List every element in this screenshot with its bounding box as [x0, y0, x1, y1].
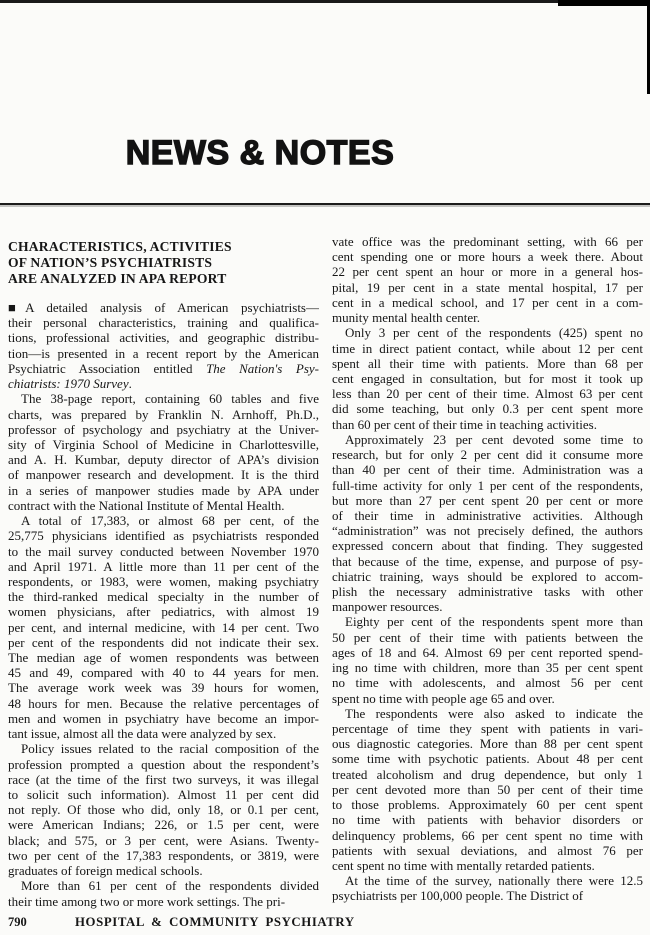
text-line: in a series of manpower studies made by … [8, 483, 319, 498]
text-line: profession prompted a question about the… [8, 757, 319, 772]
text-segment: two per cent of the 17,383 respondents, … [8, 848, 319, 863]
text-line: chiatric training, ways should be explor… [332, 569, 643, 584]
text-segment: the third-ranked medical specialty in th… [8, 589, 319, 604]
article-body-left: ■A detailed analysis of American psychia… [8, 300, 319, 909]
text-segment: respondents, or 1983, were women, making… [8, 574, 319, 589]
text-segment: plish the necessary administrative tasks… [332, 584, 643, 599]
text-segment: contract with the National Institute of … [8, 498, 285, 513]
paragraph: vate office was the predominant setting,… [332, 234, 643, 325]
text-line: percentage of time they spent with patie… [332, 721, 643, 736]
text-line: expressed concern about that finding. Th… [332, 538, 643, 553]
text-line: Only 3 per cent of the respondents (425)… [332, 325, 643, 340]
text-line: charts, was prepared by Franklin N. Arnh… [8, 407, 319, 422]
text-segment: psychiatrists per 100,000 people. The Di… [332, 888, 583, 903]
text-segment: chiatric training, ways should be explor… [332, 569, 643, 584]
text-line: spent all their time with patients. More… [332, 356, 643, 371]
text-line: not reply. Of those who did, only 18, or… [8, 802, 319, 817]
text-segment: were American Indians; 226, or 1.5 per c… [8, 817, 319, 832]
text-segment: Eighty per cent of the respondents spent… [345, 614, 643, 629]
text-segment: More than 61 per cent of the respondents… [21, 878, 319, 893]
text-segment: to those problems. Approximately 60 per … [332, 797, 643, 812]
masthead-rule [0, 203, 650, 205]
text-segment: Psychiatric Association entitled [8, 361, 206, 376]
text-segment: than 40 per cent of their time. Administ… [332, 462, 643, 477]
text-line: and April 1971. A little more than 11 pe… [8, 559, 319, 574]
text-segment: The average work week was 39 hours for w… [8, 680, 319, 695]
text-segment: treated alcoholism and drug dependence, … [332, 767, 643, 782]
text-line: no time with adolescents, and almost 56 … [332, 675, 643, 690]
text-line: their personal characteristics, training… [8, 315, 319, 330]
italic-text: chiatrists: 1970 Survey [8, 376, 129, 391]
section-title: NEWS & NOTES [0, 134, 520, 173]
text-segment: 25,775 physicians identified as psychiat… [8, 528, 319, 543]
paragraph: Eighty per cent of the respondents spent… [332, 614, 643, 705]
text-line: At the time of the survey, nationally th… [332, 873, 643, 888]
text-segment: research, but for only 2 per cent did it… [332, 447, 643, 462]
paragraph: More than 61 per cent of the respondents… [8, 878, 319, 908]
text-line: 45 and 49, compared with 40 to 44 years … [8, 665, 319, 680]
text-segment: race (at the time of the first two surve… [8, 772, 319, 787]
text-segment: Policy issues related to the racial comp… [21, 741, 319, 756]
text-segment: tions, professional activities, and geog… [8, 330, 319, 345]
paragraph: At the time of the survey, nationally th… [332, 873, 643, 903]
text-segment: percentage of time they spent with patie… [332, 721, 643, 736]
text-line: sity of Virginia School of Medicine in C… [8, 437, 319, 452]
journal-page: NEWS & NOTES CHARACTERISTICS, ACTIVITIES… [0, 0, 650, 935]
top-edge-rule [0, 0, 650, 3]
text-line: and A. H. Kumbar, deputy director of APA… [8, 452, 319, 467]
text-line: Approximately 23 per cent devoted some t… [332, 432, 643, 447]
text-line: spent no time with people age 65 and ove… [332, 691, 643, 706]
text-segment: The 38-page report, containing 60 tables… [21, 391, 319, 406]
text-segment: of manpower research and development. It… [8, 467, 319, 482]
text-line: per cent of the respondents did not indi… [8, 635, 319, 650]
text-line: tion—is presented in a recent report by … [8, 346, 319, 361]
top-edge-scan-mark [558, 0, 650, 6]
text-segment: men and women in psychiatry have become … [8, 711, 319, 726]
text-segment: time in direct patient contact, while ab… [332, 341, 643, 356]
text-segment: full-time activity for only 1 per cent o… [332, 478, 643, 493]
text-line: cent spending one or more hours a week t… [332, 249, 643, 264]
text-segment: expressed concern about that finding. Th… [332, 538, 643, 553]
text-line: munity mental health center. [332, 310, 643, 325]
text-segment: black; and 575, or 3 per cent, were Asia… [8, 833, 319, 848]
page-number: 790 [8, 915, 27, 930]
text-line: The median age of women respondents was … [8, 650, 319, 665]
heading-line: CHARACTERISTICS, ACTIVITIES [8, 239, 319, 255]
paragraph: ■A detailed analysis of American psychia… [8, 300, 319, 391]
text-line: “administration” was not precisely defin… [332, 523, 643, 538]
text-line: plish the necessary administrative tasks… [332, 584, 643, 599]
text-line: graduates of foreign medical schools. [8, 863, 319, 878]
text-line: vate office was the predominant setting,… [332, 234, 643, 249]
text-segment: spent no time with people age 65 and ove… [332, 691, 555, 706]
text-line: ing no time with children, more than 35 … [332, 660, 643, 675]
text-segment: to the mail survey conducted between Nov… [8, 544, 319, 559]
text-line: no time with patients with behavior diso… [332, 812, 643, 827]
text-line: than 60 per cent of their time in teachi… [332, 417, 643, 432]
text-segment: professor of psychology and psychiatry a… [8, 422, 319, 437]
text-segment: “administration” was not precisely defin… [332, 523, 643, 538]
text-segment: ages of 18 and 64. Almost 69 per cent re… [332, 645, 643, 660]
heading-line: ARE ANALYZED IN APA REPORT [8, 271, 319, 287]
text-line: cent spent no time with mentally retarde… [332, 858, 643, 873]
text-line: 48 hours for men. Because the relative p… [8, 696, 319, 711]
text-line: 50 per cent of their time with patients … [332, 630, 643, 645]
text-line: than 40 per cent of their time. Administ… [332, 462, 643, 477]
text-segment: 22 per cent spent an hour or more in a g… [332, 264, 643, 279]
text-segment: tion—is presented in a recent report by … [8, 346, 319, 361]
right-column: vate office was the predominant setting,… [332, 234, 643, 904]
text-line: of their time in administrative activiti… [332, 508, 643, 523]
text-segment: ing no time with children, more than 35 … [332, 660, 643, 675]
heading-line: OF NATION’S PSYCHIATRISTS [8, 255, 319, 271]
text-segment: in a series of manpower studies made by … [8, 483, 319, 498]
text-line: Eighty per cent of the respondents spent… [332, 614, 643, 629]
text-line: to solicit such information). Almost 11 … [8, 787, 319, 802]
text-segment: graduates of foreign medical schools. [8, 863, 203, 878]
text-segment: cent spending one or more hours a week t… [332, 249, 643, 264]
text-segment: than 60 per cent of their time in teachi… [332, 417, 597, 432]
text-segment: . [129, 376, 132, 391]
text-line: Policy issues related to the racial comp… [8, 741, 319, 756]
text-line: did some teaching, but only 0.3 per cent… [332, 401, 643, 416]
text-line: respondents, or 1983, were women, making… [8, 574, 319, 589]
text-line: contract with the National Institute of … [8, 498, 319, 513]
text-line: two per cent of the 17,383 respondents, … [8, 848, 319, 863]
text-line: Psychiatric Association entitled The Nat… [8, 361, 319, 376]
text-line: treated alcoholism and drug dependence, … [332, 767, 643, 782]
text-line: 22 per cent spent an hour or more in a g… [332, 264, 643, 279]
text-segment: cent spent no time with mentally retarde… [332, 858, 595, 873]
text-line: The 38-page report, containing 60 tables… [8, 391, 319, 406]
text-segment: patients with sexual deviations, and alm… [332, 843, 643, 858]
text-line: to the mail survey conducted between Nov… [8, 544, 319, 559]
text-line: black; and 575, or 3 per cent, were Asia… [8, 833, 319, 848]
text-segment: Approximately 23 per cent devoted some t… [345, 432, 643, 447]
paragraph: Approximately 23 per cent devoted some t… [332, 432, 643, 615]
italic-text: The Nation's Psy- [206, 361, 319, 376]
text-segment: but more than 27 per cent spent 20 per c… [332, 493, 643, 508]
text-line: manpower resources. [332, 599, 643, 614]
article-heading: CHARACTERISTICS, ACTIVITIESOF NATION’S P… [8, 234, 319, 287]
text-segment: no time with adolescents, and almost 56 … [332, 675, 643, 690]
text-segment: A total of 17,383, or almost 68 per cent… [21, 513, 319, 528]
text-segment: 48 hours for men. Because the relative p… [8, 696, 319, 711]
text-line: A total of 17,383, or almost 68 per cent… [8, 513, 319, 528]
text-line: but more than 27 per cent spent 20 per c… [332, 493, 643, 508]
text-segment: The respondents were also asked to indic… [345, 706, 643, 721]
text-segment: At the time of the survey, nationally th… [345, 873, 643, 888]
text-line: tions, professional activities, and geog… [8, 330, 319, 345]
text-line: cent engaged in consultation, but for mo… [332, 371, 643, 386]
text-segment: cent engaged in consultation, but for mo… [332, 371, 643, 386]
text-line: research, but for only 2 per cent did it… [332, 447, 643, 462]
text-segment: no time with patients with behavior diso… [332, 812, 643, 827]
text-segment: some time with psychotic patients. About… [332, 751, 643, 766]
text-line: ■A detailed analysis of American psychia… [8, 300, 319, 315]
text-segment: that because of the time, expense, and p… [332, 554, 643, 569]
text-segment: Only 3 per cent of the respondents (425)… [345, 325, 643, 340]
text-line: tant issue, almost all the data were ana… [8, 726, 319, 741]
text-segment: did some teaching, but only 0.3 per cent… [332, 401, 643, 416]
text-segment: munity mental health center. [332, 310, 480, 325]
text-segment: to solicit such information). Almost 11 … [8, 787, 319, 802]
text-segment: and A. H. Kumbar, deputy director of APA… [8, 452, 319, 467]
text-line: pital, 19 per cent in a state mental hos… [332, 280, 643, 295]
text-line: More than 61 per cent of the respondents… [8, 878, 319, 893]
text-segment: The median age of women respondents was … [8, 650, 319, 665]
text-line: chiatrists: 1970 Survey. [8, 376, 319, 391]
journal-name: HOSPITAL & COMMUNITY PSYCHIATRY [75, 915, 355, 930]
paragraph: The respondents were also asked to indic… [332, 706, 643, 873]
text-segment: and April 1971. A little more than 11 pe… [8, 559, 319, 574]
text-segment: 50 per cent of their time with patients … [332, 630, 643, 645]
text-line: patients with sexual deviations, and alm… [332, 843, 643, 858]
text-line: that because of the time, expense, and p… [332, 554, 643, 569]
text-line: their time among two or more work settin… [8, 894, 319, 909]
text-line: women physicians, after pediatrics, with… [8, 604, 319, 619]
text-segment: of their time in administrative activiti… [332, 508, 643, 523]
text-line: The average work week was 39 hours for w… [8, 680, 319, 695]
text-line: less than 20 per cent of their time. Alm… [332, 386, 643, 401]
text-line: delinquency problems, 66 per cent spent … [332, 828, 643, 843]
text-line: ous diagnostic categories. More than 88 … [332, 736, 643, 751]
text-segment: per cent, and internal medicine, with 14… [8, 620, 319, 635]
paragraph: A total of 17,383, or almost 68 per cent… [8, 513, 319, 741]
text-segment: per cent of the respondents did not indi… [8, 635, 319, 650]
text-line: per cent devoted more than 50 per cent o… [332, 782, 643, 797]
text-segment: sity of Virginia School of Medicine in C… [8, 437, 319, 452]
text-line: some time with psychotic patients. About… [332, 751, 643, 766]
text-line: ages of 18 and 64. Almost 69 per cent re… [332, 645, 643, 660]
text-line: psychiatrists per 100,000 people. The Di… [332, 888, 643, 903]
text-segment: ■A detailed analysis of American psychia… [8, 300, 319, 315]
text-line: race (at the time of the first two surve… [8, 772, 319, 787]
text-segment: women physicians, after pediatrics, with… [8, 604, 319, 619]
text-line: men and women in psychiatry have become … [8, 711, 319, 726]
text-segment: vate office was the predominant setting,… [332, 234, 643, 249]
text-segment: their time among two or more work settin… [8, 894, 285, 909]
text-segment: ous diagnostic categories. More than 88 … [332, 736, 643, 751]
text-segment: tant issue, almost all the data were ana… [8, 726, 276, 741]
article-body-right: vate office was the predominant setting,… [332, 234, 643, 904]
text-segment: not reply. Of those who did, only 18, or… [8, 802, 319, 817]
left-column: CHARACTERISTICS, ACTIVITIESOF NATION’S P… [8, 234, 319, 909]
text-line: per cent, and internal medicine, with 14… [8, 620, 319, 635]
text-line: full-time activity for only 1 per cent o… [332, 478, 643, 493]
text-segment: cent in a medical school, and 17 per cen… [332, 295, 643, 310]
text-line: The respondents were also asked to indic… [332, 706, 643, 721]
text-segment: per cent devoted more than 50 per cent o… [332, 782, 643, 797]
text-line: to those problems. Approximately 60 per … [332, 797, 643, 812]
text-segment: manpower resources. [332, 599, 442, 614]
text-line: were American Indians; 226, or 1.5 per c… [8, 817, 319, 832]
text-segment: charts, was prepared by Franklin N. Arnh… [8, 407, 319, 422]
text-segment: their personal characteristics, training… [8, 315, 319, 330]
text-segment: pital, 19 per cent in a state mental hos… [332, 280, 643, 295]
text-line: of manpower research and development. It… [8, 467, 319, 482]
paragraph: Policy issues related to the racial comp… [8, 741, 319, 878]
text-segment: 45 and 49, compared with 40 to 44 years … [8, 665, 319, 680]
text-segment: spent all their time with patients. More… [332, 356, 643, 371]
text-line: cent in a medical school, and 17 per cen… [332, 295, 643, 310]
text-segment: delinquency problems, 66 per cent spent … [332, 828, 643, 843]
text-segment: profession prompted a question about the… [8, 757, 319, 772]
text-segment: less than 20 per cent of their time. Alm… [332, 386, 643, 401]
paragraph: Only 3 per cent of the respondents (425)… [332, 325, 643, 432]
paragraph: The 38-page report, containing 60 tables… [8, 391, 319, 513]
text-line: professor of psychology and psychiatry a… [8, 422, 319, 437]
text-line: the third-ranked medical specialty in th… [8, 589, 319, 604]
text-line: time in direct patient contact, while ab… [332, 341, 643, 356]
text-line: 25,775 physicians identified as psychiat… [8, 528, 319, 543]
